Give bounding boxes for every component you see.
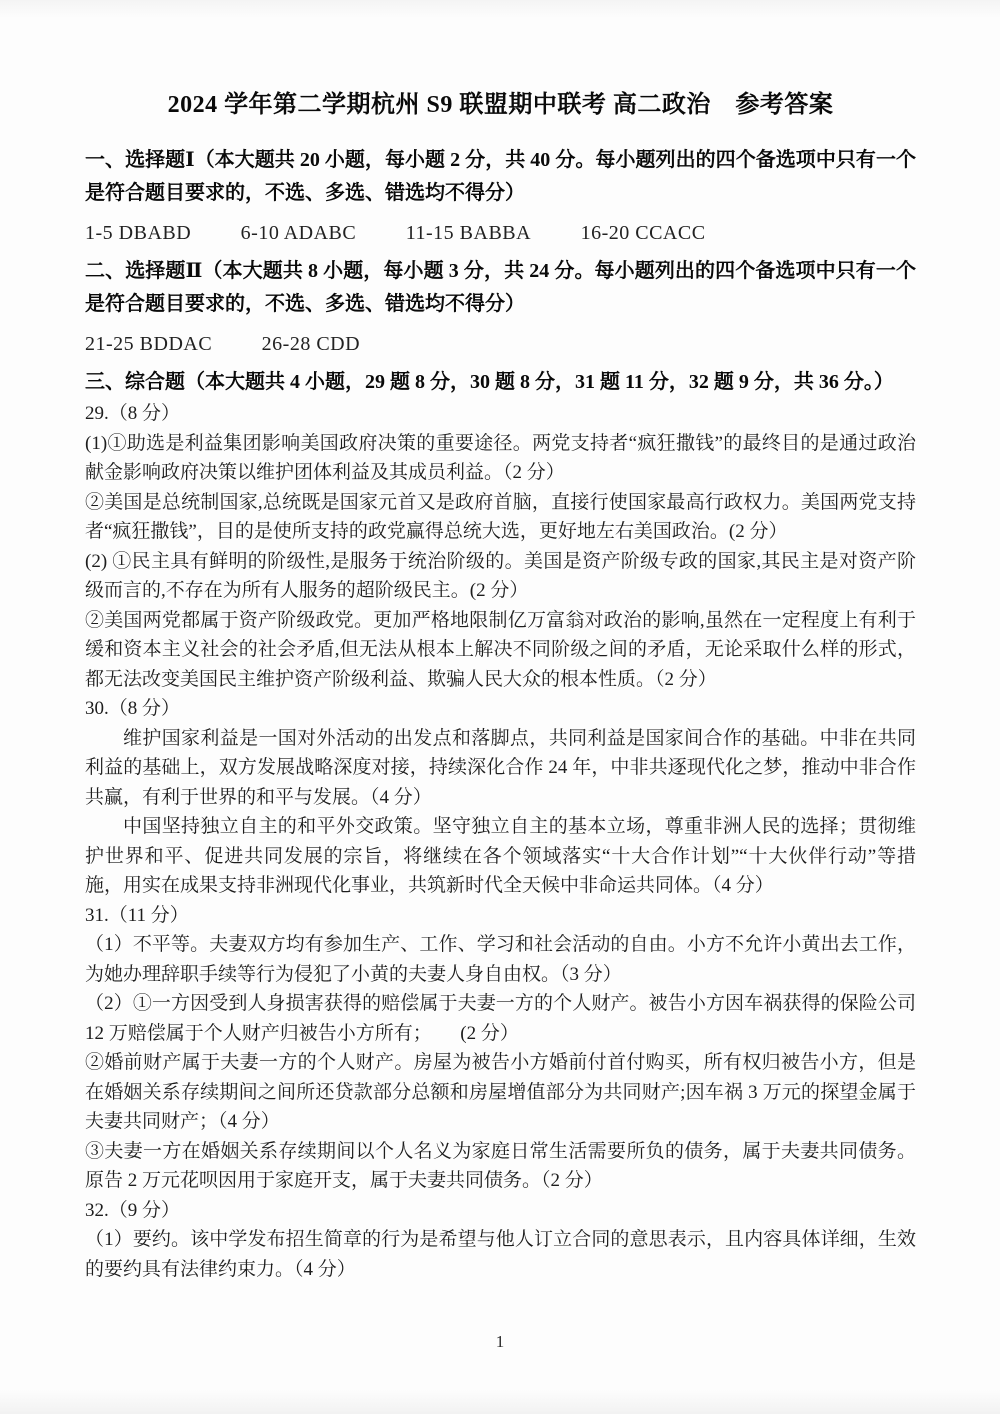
question-30-answer-2: 中国坚持独立自主的和平外交政策。坚守独立自主的基本立场，尊重非洲人民的选择；贯彻… <box>85 812 916 901</box>
answer-group-16-20: 16-20 CCACC <box>581 218 706 248</box>
question-31-answer-2: （2）①一方因受到人身损害获得的赔偿属于夫妻一方的个人财产。被告小方因车祸获得的… <box>85 989 916 1048</box>
question-31-answer-4: ③夫妻一方在婚姻关系存续期间以个人名义为家庭日常生活需要所负的债务，属于夫妻共同… <box>85 1137 916 1196</box>
document-page: 2024 学年第二学期杭州 S9 联盟期中联考 高二政治 参考答案 一、选择题Ⅰ… <box>0 0 1000 1414</box>
question-30-answer-1: 维护国家利益是一国对外活动的出发点和落脚点，共同利益是国家间合作的基础。中非在共… <box>85 724 916 813</box>
question-29-answer-2: ②美国是总统制国家,总统既是国家元首又是政府首脑，直接行使国家最高行政权力。美国… <box>85 488 916 547</box>
section2-heading: 二、选择题Ⅱ（本大题共 8 小题，每小题 3 分，共 24 分。每小题列出的四个… <box>85 255 916 321</box>
section1-answers: 1-5 DBABD 6-10 ADABC 11-15 BABBA 16-20 C… <box>85 218 916 248</box>
question-31-answer-3: ②婚前财产属于夫妻一方的个人财产。房屋为被告小方婚前付首付购买，所有权归被告小方… <box>85 1048 916 1137</box>
answer-group-6-10: 6-10 ADABC <box>241 218 357 248</box>
document-content: 2024 学年第二学期杭州 S9 联盟期中联考 高二政治 参考答案 一、选择题Ⅰ… <box>0 0 1000 1284</box>
question-29-answer-1: (1)①助选是利益集团影响美国政府决策的重要途径。两党支持者“疯狂撒钱”的最终目… <box>85 429 916 488</box>
answer-group-1-5: 1-5 DBABD <box>85 218 191 248</box>
question-32-answer-1: （1）要约。该中学发布招生简章的行为是希望与他人订立合同的意思表示，且内容具体详… <box>85 1225 916 1284</box>
section2-answers: 21-25 BDDAC 26-28 CDD <box>85 329 916 359</box>
answer-group-11-15: 11-15 BABBA <box>406 218 531 248</box>
question-31-label: 31.（11 分） <box>85 901 916 931</box>
question-29-answer-3: (2) ①民主具有鲜明的阶级性,是服务于统治阶级的。美国是资产阶级专政的国家,其… <box>85 547 916 606</box>
page-title: 2024 学年第二学期杭州 S9 联盟期中联考 高二政治 参考答案 <box>85 88 916 122</box>
question-29-answer-4: ②美国两党都属于资产阶级政党。更加严格地限制亿万富翁对政治的影响,虽然在一定程度… <box>85 606 916 695</box>
section1-heading: 一、选择题Ⅰ（本大题共 20 小题，每小题 2 分，共 40 分。每小题列出的四… <box>85 144 916 210</box>
answer-group-21-25: 21-25 BDDAC <box>85 329 212 359</box>
answer-group-26-28: 26-28 CDD <box>262 329 360 359</box>
question-31-answer-1: （1）不平等。夫妻双方均有参加生产、工作、学习和社会活动的自由。小方不允许小黄出… <box>85 930 916 989</box>
page-number: 1 <box>0 1332 1000 1352</box>
section3-heading: 三、综合题（本大题共 4 小题，29 题 8 分，30 题 8 分，31 题 1… <box>85 366 916 399</box>
question-30-label: 30.（8 分） <box>85 694 916 724</box>
question-32-label: 32.（9 分） <box>85 1196 916 1226</box>
question-29-label: 29.（8 分） <box>85 399 916 429</box>
